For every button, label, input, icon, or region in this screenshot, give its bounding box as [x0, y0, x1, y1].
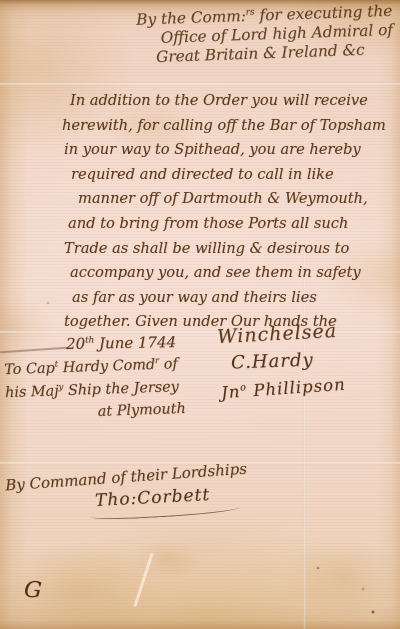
fold-crease-top — [0, 82, 400, 86]
address-line-3: at Plymouth — [97, 398, 186, 424]
body-line: accompany you, and see them in safety — [70, 261, 396, 286]
body-line: herewith, for calling off the Bar of Top… — [62, 114, 396, 139]
paper-scratch — [133, 553, 153, 607]
docket-mark: G — [23, 577, 42, 603]
body-line: In addition to the Order you will receiv… — [70, 89, 396, 114]
letter-body: In addition to the Order you will receiv… — [62, 89, 396, 335]
body-line: in your way to Spithead, you are hereby — [64, 138, 396, 163]
address-block: To Capt Hardy Comdr of his Majy Ship the… — [4, 353, 186, 427]
body-line: manner off of Dartmouth & Weymouth, — [78, 187, 396, 212]
manuscript-letter: By the Comm:rs for executing the Office … — [0, 0, 400, 629]
date-line: 20th June 1744 — [66, 333, 176, 353]
crease-scratch — [0, 347, 68, 354]
body-line: and to bring from those Ports all such — [68, 212, 396, 237]
signature-phillipson: Jno Phillipson — [220, 375, 346, 403]
signature-hardy: C.Hardy — [231, 350, 314, 374]
body-line: as far as your way and theirs lies — [72, 286, 396, 311]
body-line: required and directed to call in like — [71, 163, 396, 188]
body-line: Trade as shall be willing & desirous to — [64, 237, 396, 262]
letterhead: By the Comm:rs for executing the Office … — [92, 2, 394, 69]
ink-specks — [0, 0, 2, 2]
